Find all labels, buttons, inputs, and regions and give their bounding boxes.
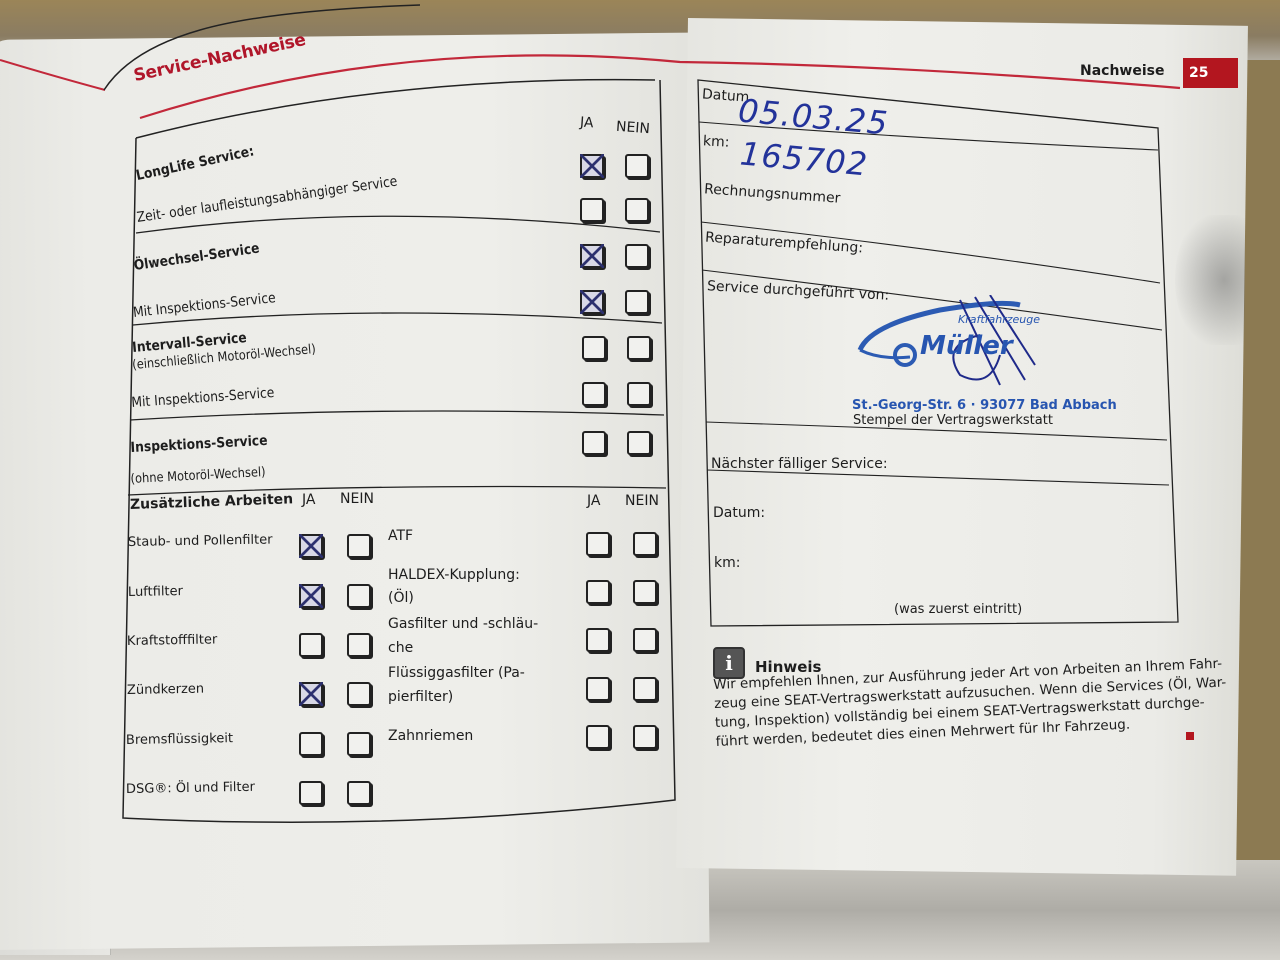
whichever-first-note: (was zuerst eintritt) (894, 602, 1022, 617)
section-end-marker (1186, 732, 1194, 740)
next-date-label: Datum: (713, 505, 765, 521)
checkbox-no[interactable] (627, 382, 651, 406)
stamp-address: St.-Georg-Str. 6 · 93077 Bad Abbach (852, 398, 1117, 413)
checkbox-yes[interactable] (586, 628, 610, 652)
additional-item-label-cont: (Öl) (388, 590, 414, 606)
additional-item-label-cont: che (388, 640, 413, 656)
additional-item-label-cont: pierfilter) (388, 689, 453, 705)
checkbox-no[interactable] (347, 732, 371, 756)
additional-item-label: DSG®: Öl und Filter (125, 780, 254, 797)
checkbox-no[interactable] (633, 725, 657, 749)
page-number: 25 (1183, 58, 1238, 88)
additional-item-label: HALDEX-Kupplung: (388, 567, 520, 583)
next-service-label: Nächster fälliger Service: (711, 456, 888, 472)
checkbox-yes[interactable] (299, 534, 323, 558)
checkbox-yes[interactable] (586, 677, 610, 701)
checkbox-yes[interactable] (299, 732, 323, 756)
checkbox-yes[interactable] (582, 431, 606, 455)
column-header-no: NEIN (615, 119, 650, 137)
checkbox-yes[interactable] (299, 584, 323, 608)
stamp-caption: Stempel der Vertragswerkstatt (853, 413, 1053, 428)
checkbox-yes[interactable] (299, 633, 323, 657)
checkbox-yes[interactable] (299, 682, 323, 706)
checkbox-no[interactable] (347, 781, 371, 805)
checkbox-no[interactable] (627, 431, 651, 455)
checkbox-no[interactable] (347, 633, 371, 657)
checkbox-yes[interactable] (580, 244, 604, 268)
checkbox-no[interactable] (625, 198, 649, 222)
column-header-yes: JA (302, 492, 315, 508)
checkbox-no[interactable] (633, 677, 657, 701)
checkbox-no[interactable] (625, 244, 649, 268)
checkbox-yes[interactable] (299, 781, 323, 805)
chapter-title: Nachweise (1080, 63, 1165, 79)
additional-item-label: Zündkerzen (126, 682, 203, 698)
checkbox-no[interactable] (625, 290, 649, 314)
checkbox-yes[interactable] (582, 336, 606, 360)
checkbox-yes[interactable] (586, 580, 610, 604)
checkbox-no[interactable] (347, 682, 371, 706)
additional-item-label: Staub- und Pollenfilter (128, 532, 273, 550)
checkbox-no[interactable] (633, 532, 657, 556)
checkbox-no[interactable] (633, 580, 657, 604)
checkbox-no[interactable] (625, 154, 649, 178)
additional-item-label: Gasfilter und -schläu- (388, 616, 538, 632)
stamp-company-name: Müller (920, 331, 1013, 361)
checkbox-yes[interactable] (582, 382, 606, 406)
additional-item-label: Flüssiggasfilter (Pa- (388, 665, 525, 681)
additional-item-label: Kraftstofffilter (127, 632, 218, 649)
checkbox-yes[interactable] (580, 290, 604, 314)
column-header-no: NEIN (340, 491, 374, 507)
checkbox-no[interactable] (347, 584, 371, 608)
next-km-label: km: (714, 555, 740, 571)
km-label: km: (703, 133, 730, 150)
fingerprint-smudge (1175, 215, 1245, 345)
checkbox-yes[interactable] (586, 725, 610, 749)
checkbox-yes[interactable] (586, 532, 610, 556)
checkbox-yes[interactable] (580, 154, 604, 178)
additional-item-label: Zahnriemen (388, 728, 473, 744)
stamp-top-text: Kraftfahrzeuge (958, 313, 1040, 326)
column-header-no: NEIN (625, 493, 659, 509)
column-header-yes: JA (579, 115, 594, 132)
additional-item-label: Luftfilter (127, 584, 182, 600)
additional-item-label: Bremsflüssigkeit (126, 731, 233, 748)
checkbox-no[interactable] (633, 628, 657, 652)
additional-item-label: ATF (388, 528, 413, 544)
checkbox-yes[interactable] (580, 198, 604, 222)
column-header-yes: JA (587, 493, 600, 509)
checkbox-no[interactable] (347, 534, 371, 558)
checkbox-no[interactable] (627, 336, 651, 360)
